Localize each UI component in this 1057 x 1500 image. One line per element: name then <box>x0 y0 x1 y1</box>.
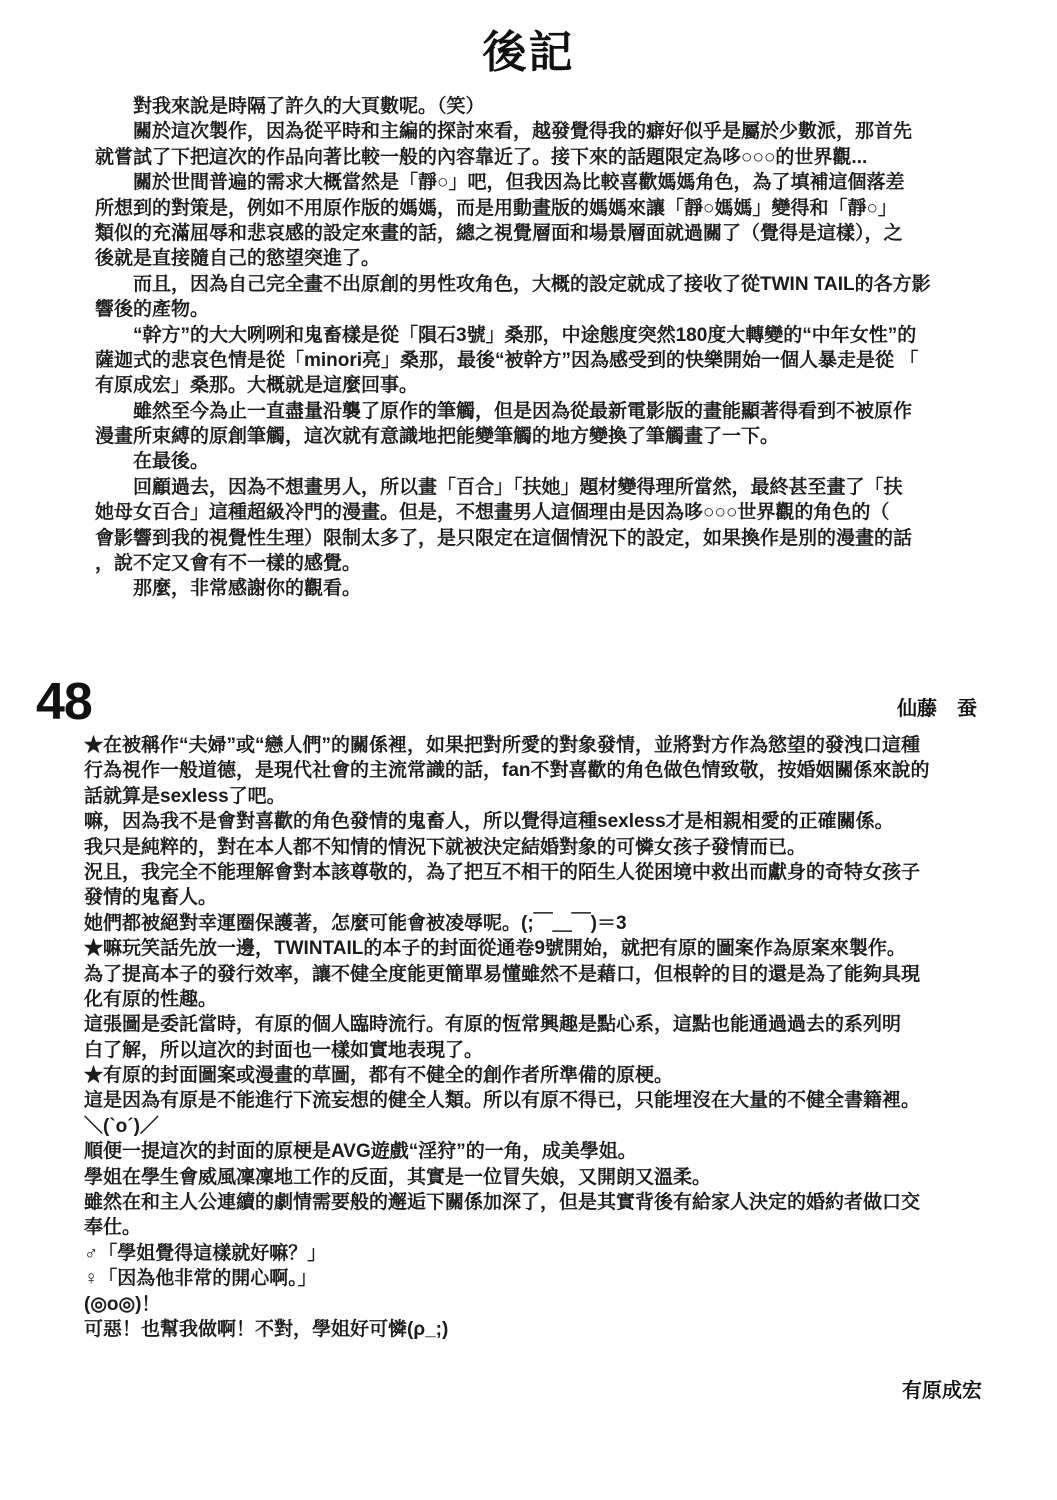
text-line: 那麼，非常感謝你的觀看。 <box>95 576 1010 601</box>
text-line: 她母女百合」這種超級冷門的漫畫。但是，不想畫男人這個理由是因為哆○○○世界觀的角… <box>95 500 1010 525</box>
text-line: 類似的充滿屈辱和悲哀感的設定來畫的話，總之視覺層面和場景層面就過關了（覺得是這樣… <box>95 221 1010 246</box>
page-number: 48 <box>36 676 92 728</box>
text-line: ★在被稱作“夫婦”或“戀人們”的關係裡，如果把對所愛的對象發情，並將對方作為慾望… <box>84 733 1014 758</box>
text-line: 白了解，所以這次的封面也一樣如實地表現了。 <box>84 1038 1014 1063</box>
text-line: 她們都被絕對幸運圈保護著，怎麼可能會被凌辱呢。(;￣＿￣)＝3 <box>84 911 1014 936</box>
text-line: ，說不定又會有不一樣的感覺。 <box>95 551 1010 576</box>
author-credit-top-right: 仙藤 蚕 <box>897 692 977 721</box>
text-line: 所想到的對策是，例如不用原作版的媽媽，而是用動畫版的媽媽來讓「靜○媽媽」變得和「… <box>95 196 1010 221</box>
text-line: ★有原的封面圖案或漫畫的草圖，都有不健全的創作者所準備的原梗。 <box>84 1063 1014 1088</box>
text-line: 漫畫所束縛的原創筆觸，這次就有意識地把能變筆觸的地方變換了筆觸畫了一下。 <box>95 424 1010 449</box>
text-line: 會影響到我的視覺性生理）限制太多了，是只限定在這個情況下的設定，如果換作是別的漫… <box>95 526 1010 551</box>
text-line: 行為視作一般道德，是現代社會的主流常識的話，fan不對喜歡的角色做色情致敬，按婚… <box>84 758 1014 783</box>
text-line: 雖然在和主人公連續的劇情需要般的邂逅下關係加深了，但是其實背後有給家人決定的婚約… <box>84 1190 1014 1215</box>
text-line: 關於世間普遍的需求大概當然是「靜○」吧，但我因為比較喜歡媽媽角色，為了填補這個落… <box>95 170 1010 195</box>
text-line: 關於這次製作，因為從平時和主編的探討來看，越發覺得我的癖好似乎是屬於少數派，那首… <box>95 119 1010 144</box>
text-line: ♀「因為他非常的開心啊。」 <box>84 1266 1014 1291</box>
author-credit-bottom-right: 有原成宏 <box>902 1374 982 1403</box>
text-line: 響後的產物。 <box>95 297 1010 322</box>
text-line: 順便一提這次的封面的原梗是AVG遊戲“淫狩”的一角，成美學姐。 <box>84 1139 1014 1164</box>
commentary-text-block: ★在被稱作“夫婦”或“戀人們”的關係裡，如果把對所愛的對象發情，並將對方作為慾望… <box>84 733 1014 1342</box>
text-line: ♂「學姐覺得這樣就好嘛？」 <box>84 1241 1014 1266</box>
text-line: 化有原的性趣。 <box>84 987 1014 1012</box>
text-line: 薩迦式的悲哀色情是從「minori亮」桑那，最後“被幹方”因為感受到的快樂開始一… <box>95 348 1010 373</box>
text-line: 在最後。 <box>95 449 1010 474</box>
text-line: 而且，因為自己完全畫不出原創的男性攻角色，大概的設定就成了接收了從TWIN TA… <box>95 272 1010 297</box>
text-line: 奉仕。 <box>84 1215 1014 1240</box>
text-line: 況且，我完全不能理解會對本該尊敬的，為了把互不相干的陌生人從困境中救出而獻身的奇… <box>84 860 1014 885</box>
text-line: 為了提高本子的發行效率，讓不健全度能更簡單易懂雖然不是藉口，但根幹的目的還是為了… <box>84 962 1014 987</box>
text-line: 這張圖是委託當時，有原的個人臨時流行。有原的恆常興趣是點心系，這點也能通過過去的… <box>84 1012 1014 1037</box>
text-line: 對我來說是時隔了許久的大頁數呢。（笑） <box>95 94 1010 119</box>
text-line: 後就是直接隨自己的慾望突進了。 <box>95 246 1010 271</box>
text-line: 雖然至今為止一直盡量沿襲了原作的筆觸，但是因為從最新電影版的畫能顯著得看到不被原… <box>95 399 1010 424</box>
text-line: “幹方”的大大咧咧和鬼畜樣是從「隕石3號」桑那，中途態度突然180度大轉變的“中… <box>95 323 1010 348</box>
text-line: ★嘛玩笑話先放一邊，TWINTAIL的本子的封面從通卷9號開始，就把有原的圖案作… <box>84 936 1014 961</box>
text-line: 嘛，因為我不是會對喜歡的角色發情的鬼畜人，所以覺得這種sexless才是相親相愛… <box>84 809 1014 834</box>
text-line: 可惡！也幫我做啊！不對，學姐好可憐(ρ_;) <box>84 1317 1014 1342</box>
afterword-page: 後記 對我來說是時隔了許久的大頁數呢。（笑） 關於這次製作，因為從平時和主編的探… <box>0 0 1057 1500</box>
text-line: ＼(`o´)／ <box>84 1114 1014 1139</box>
text-line: 有原成宏」桑那。大概就是這麼回事。 <box>95 373 1010 398</box>
afterword-text-block: 對我來說是時隔了許久的大頁數呢。（笑） 關於這次製作，因為從平時和主編的探討來看… <box>95 94 1010 602</box>
text-line: (◎o◎)！ <box>84 1292 1014 1317</box>
text-line: 就嘗試了下把這次的作品向著比較一般的內容靠近了。接下來的話題限定為哆○○○的世界… <box>95 145 1010 170</box>
text-line: 這是因為有原是不能進行下流妄想的健全人類。所以有原不得已，只能埋沒在大量的不健全… <box>84 1088 1014 1113</box>
text-line: 學姐在學生會威風凜凜地工作的反面，其實是一位冒失娘，又開朗又溫柔。 <box>84 1165 1014 1190</box>
page-title: 後記 <box>0 16 1057 80</box>
text-line: 回顧過去，因為不想畫男人，所以畫「百合」「扶她」題材變得理所當然，最終甚至畫了「… <box>95 475 1010 500</box>
text-line: 話就算是sexless了吧。 <box>84 784 1014 809</box>
text-line: 發情的鬼畜人。 <box>84 885 1014 910</box>
text-line: 我只是純粹的，對在本人都不知情的情況下就被決定結婚對象的可憐女孩子發情而已。 <box>84 835 1014 860</box>
